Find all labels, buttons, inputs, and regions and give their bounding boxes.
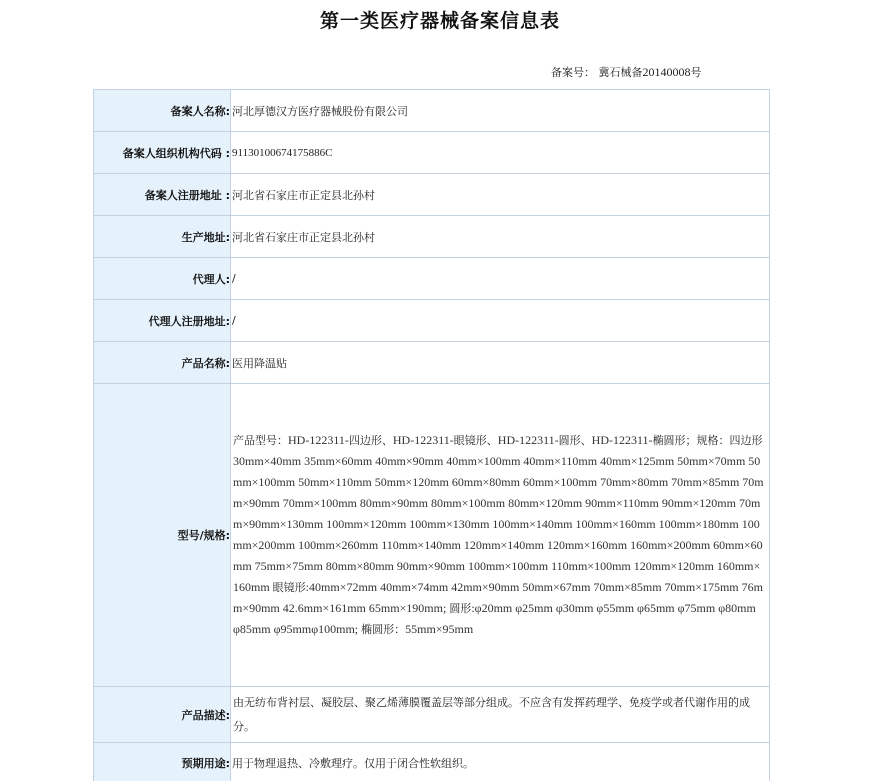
page: 第一类医疗器械备案信息表 备案号： 冀石械备20140008号 备案人名称: 河… [0, 0, 880, 781]
field-value-intended-use: 用于物理退热、冷敷理疗。仅用于闭合性软组织。 [231, 743, 770, 781]
table-row: 生产地址: 河北省石家庄市正定县北孙村 [94, 216, 770, 258]
field-label-product-name: 产品名称: [94, 342, 231, 384]
record-number-label: 备案号： [551, 66, 595, 79]
field-label-filer-name: 备案人名称: [94, 90, 231, 132]
field-value-org-code: 91130100674175886C [231, 132, 770, 174]
field-label-model-spec: 型号/规格: [94, 384, 231, 687]
table-row: 备案人组织机构代码 : 91130100674175886C [94, 132, 770, 174]
product-description-text: 由无纺布背衬层、凝胶层、聚乙烯薄膜覆盖层等部分组成。不应含有发挥药理学、免疫学或… [232, 688, 769, 742]
field-value-production-address: 河北省石家庄市正定县北孙村 [231, 216, 770, 258]
model-spec-text: 产品型号：HD-122311-四边形、HD-122311-眼镜形、HD-1223… [232, 428, 769, 642]
page-title: 第一类医疗器械备案信息表 [0, 6, 880, 33]
field-label-registered-address: 备案人注册地址 : [94, 174, 231, 216]
field-label-product-description: 产品描述: [94, 687, 231, 743]
field-value-model-spec: 产品型号：HD-122311-四边形、HD-122311-眼镜形、HD-1223… [231, 384, 770, 687]
field-label-org-code: 备案人组织机构代码 : [94, 132, 231, 174]
table-row: 代理人注册地址: / [94, 300, 770, 342]
filing-info-table: 备案人名称: 河北厚德汉方医疗器械股份有限公司 备案人组织机构代码 : 9113… [93, 89, 770, 781]
table-row: 型号/规格: 产品型号：HD-122311-四边形、HD-122311-眼镜形、… [94, 384, 770, 687]
field-value-registered-address: 河北省石家庄市正定县北孙村 [231, 174, 770, 216]
record-number-value: 20140008 [643, 65, 691, 79]
field-label-agent: 代理人: [94, 258, 231, 300]
record-number: 备案号： 冀石械备20140008号 [551, 64, 702, 80]
table-row: 代理人: / [94, 258, 770, 300]
field-label-production-address: 生产地址: [94, 216, 231, 258]
record-number-suffix: 号 [691, 66, 702, 79]
field-value-agent: / [231, 258, 770, 300]
table-row: 产品描述: 由无纺布背衬层、凝胶层、聚乙烯薄膜覆盖层等部分组成。不应含有发挥药理… [94, 687, 770, 743]
table-row: 备案人注册地址 : 河北省石家庄市正定县北孙村 [94, 174, 770, 216]
field-value-product-description: 由无纺布背衬层、凝胶层、聚乙烯薄膜覆盖层等部分组成。不应含有发挥药理学、免疫学或… [231, 687, 770, 743]
table-row: 产品名称: 医用降温贴 [94, 342, 770, 384]
field-value-product-name: 医用降温贴 [231, 342, 770, 384]
field-value-filer-name: 河北厚德汉方医疗器械股份有限公司 [231, 90, 770, 132]
field-value-agent-address: / [231, 300, 770, 342]
field-label-agent-address: 代理人注册地址: [94, 300, 231, 342]
table-row: 预期用途: 用于物理退热、冷敷理疗。仅用于闭合性软组织。 [94, 743, 770, 781]
field-label-intended-use: 预期用途: [94, 743, 231, 781]
table-row: 备案人名称: 河北厚德汉方医疗器械股份有限公司 [94, 90, 770, 132]
record-number-prefix: 冀石械备 [599, 66, 643, 79]
